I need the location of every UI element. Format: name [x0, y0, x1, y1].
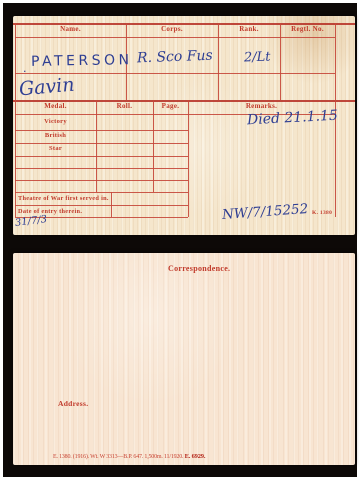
reference-number-handwriting: NW/7/15252: [222, 203, 309, 222]
rule-line: [188, 100, 189, 217]
corps-column-header: Corps.: [126, 26, 218, 33]
forename-handwriting: Gavin: [18, 76, 75, 100]
rule-line: [153, 100, 154, 192]
medal-row-star: Star: [15, 146, 96, 153]
rule-line: [15, 156, 188, 157]
print-reference-code: E. 6929.: [185, 453, 206, 460]
photo-frame: Name. Corps. Rank. Regtl. No. Medal. Rol…: [3, 3, 357, 477]
remarks-handwriting: Died 21.1.15: [247, 109, 338, 128]
rule-line: [15, 168, 188, 169]
name-punctuation-mark: .: [23, 63, 27, 74]
roll-column-header: Roll.: [96, 103, 153, 110]
rule-line: [15, 192, 188, 193]
date-of-entry-label: Date of entry therein.: [18, 209, 113, 215]
address-label: Address.: [58, 400, 88, 408]
correspondence-card: Correspondence. Address. E. 1380. (1916)…: [13, 253, 355, 465]
rank-column-header: Rank.: [218, 26, 280, 33]
medal-row-victory: Victory: [15, 119, 96, 126]
surname-handwriting: PATERSON: [31, 53, 133, 69]
theatre-of-war-label: Theatre of War first served in.: [18, 196, 113, 202]
medal-column-header: Medal.: [15, 103, 96, 110]
form-number-print: K. 1380: [312, 211, 338, 217]
rule-line: [96, 100, 97, 192]
rule-line: [218, 23, 219, 100]
corps-handwriting: R. Sco Fus: [137, 49, 213, 66]
name-column-header: Name.: [15, 26, 126, 33]
correspondence-heading: Correspondence.: [168, 265, 230, 273]
page-column-header: Page.: [153, 103, 188, 110]
print-reference-line: E. 1380. (1916). Wt. W 3313—B.P. 647. 1,…: [53, 454, 205, 461]
rule-line: [15, 143, 188, 144]
rule-line: [280, 23, 281, 100]
corner-note-handwriting: 31/7/3: [15, 215, 48, 229]
rule-line: [15, 205, 188, 206]
print-reference-text: E. 1380. (1916). Wt. W 3313—B.P. 647. 1,…: [53, 454, 183, 460]
rank-handwriting: 2/Lt: [244, 51, 271, 65]
medal-row-british: British: [15, 133, 96, 140]
rule-line: [15, 130, 188, 131]
rule-line: [15, 180, 188, 181]
rule-line: [15, 37, 335, 38]
regtl-no-column-header: Regtl. No.: [280, 26, 335, 33]
medal-index-card: Name. Corps. Rank. Regtl. No. Medal. Rol…: [13, 16, 355, 235]
